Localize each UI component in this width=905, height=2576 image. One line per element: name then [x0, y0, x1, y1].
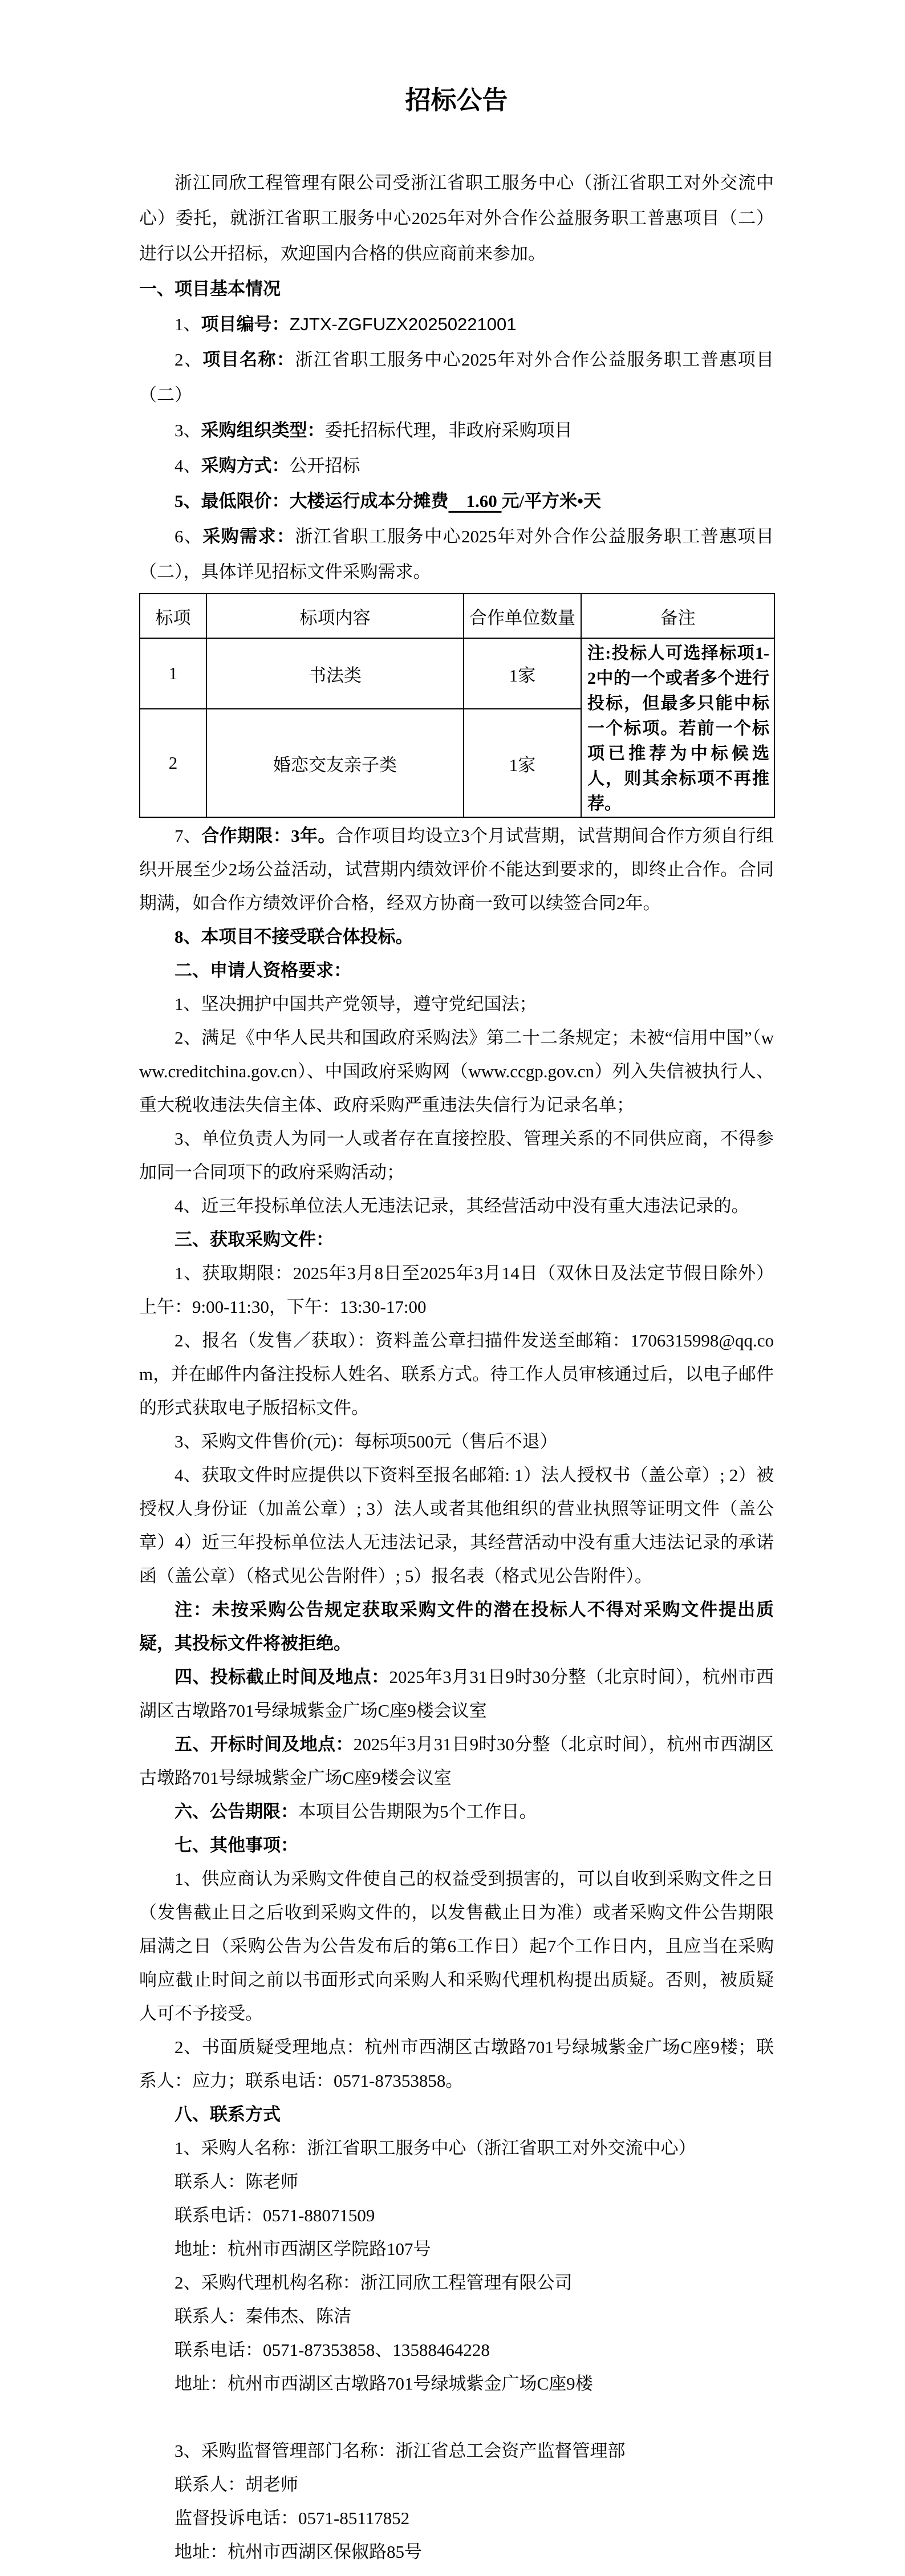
other-2: 2、书面质疑受理地点：杭州市西湖区古墩路701号绿城紫金广场C座9楼；联系人：应…: [139, 2030, 774, 2098]
text-run: 1、: [174, 314, 201, 334]
qualification-1: 1、坚决拥护中国共产党领导，遵守党纪国法；: [139, 987, 774, 1021]
other-1: 1、供应商认为采购文件使自己的权益受到损害的，可以自收到采购文件之日（发售截止日…: [139, 1862, 774, 2030]
obtain-note: 注：未按采购公告规定获取采购文件的潜在投标人不得对采购文件提出质疑，其投标文件将…: [139, 1593, 774, 1660]
text-run: 采购组织类型：: [201, 420, 325, 440]
text-run: 联系电话：0571-88071509: [174, 2205, 375, 2225]
text-run: 本项目公告期限为5个工作日。: [298, 1802, 537, 1822]
agency-contact: 联系人：秦伟杰、陈洁: [139, 2299, 774, 2333]
agency-address: 地址：杭州市西湖区古墩路701号绿城紫金广场C座9楼: [139, 2367, 774, 2400]
supervisor-address: 地址：杭州市西湖区保俶路85号: [139, 2535, 774, 2569]
table-note-cell: 注:投标人可选择标项1-2中的一个或者多个进行投标，但最多只能中标一个标项。若前…: [581, 638, 774, 817]
obtain-materials: 4、获取文件时应提供以下资料至报名邮箱: 1）法人授权书（盖公章）; 2）被授权…: [139, 1458, 774, 1593]
qualification-3: 3、单位负责人为同一人或者存在直接控股、管理关系的不同供应商，不得参加同一合同项…: [139, 1122, 774, 1189]
blank-line: [139, 2400, 774, 2434]
text-run: 5、最低限价：: [174, 491, 290, 511]
item-project-name: 2、项目名称：浙江省职工服务中心2025年对外合作公益服务职工普惠项目（二）: [139, 342, 774, 413]
table-header-cell: 合作单位数量: [464, 594, 581, 638]
text-run: 注：未按采购公告规定获取采购文件的潜在投标人不得对采购文件提出质疑，其投标文件将…: [139, 1600, 774, 1653]
text-run: 地址：杭州市西湖区古墩路701号绿城紫金广场C座9楼: [174, 2374, 593, 2394]
text-run: 委托招标代理，非政府采购项目: [325, 420, 573, 440]
text-run: 3、采购监督管理部门名称：浙江省总工会资产监督管理部: [174, 2441, 626, 2461]
table-cell-partners: 1家: [464, 638, 581, 709]
text-run: 2、采购代理机构名称：浙江同欣工程管理有限公司: [174, 2273, 573, 2293]
text-run: 五、开标时间及地点：: [174, 1734, 354, 1754]
supervisor-phone: 监督投诉电话：0571-85117852: [139, 2501, 774, 2535]
text-run: 浙江同欣工程管理有限公司受浙江省职工服务中心（浙江省职工对外交流中心）委托，就浙…: [139, 173, 774, 263]
text-run: 1、坚决拥护中国共产党领导，遵守党纪国法；: [174, 994, 537, 1014]
document-title: 招标公告: [139, 83, 774, 117]
section-heading-7: 七、其他事项：: [139, 1828, 774, 1862]
qualification-2: 2、满足《中华人民共和国政府采购法》第二十二条规定；未被“信用中国”（www.c…: [139, 1021, 774, 1122]
text-run: 采购需求：: [202, 526, 295, 546]
table-header-cell: 备注: [581, 594, 774, 638]
text-run: 地址：杭州市西湖区学院路107号: [174, 2239, 431, 2259]
text-run: 4、近三年投标单位法人无违法记录，其经营活动中没有重大违法记录的。: [174, 1196, 749, 1216]
table-row: 1书法类1家注:投标人可选择标项1-2中的一个或者多个进行投标，但最多只能中标一…: [140, 638, 774, 709]
text-run: 采购方式：: [201, 456, 290, 476]
table-header-cell: 标项: [140, 594, 206, 638]
text-run: 公开招标: [290, 456, 360, 476]
text-run: 元/平方米•天: [502, 491, 601, 511]
text-run: ZJTX-ZGFUZX20250221001: [290, 314, 517, 334]
text-run: 联系人：胡老师: [174, 2474, 298, 2494]
section-heading-6: 六、公告期限：本项目公告期限为5个工作日。: [139, 1795, 774, 1828]
item-project-number: 1、项目编号：ZJTX-ZGFUZX20250221001: [139, 307, 774, 342]
item-demand: 6、采购需求：浙江省职工服务中心2025年对外合作公益服务职工普惠项目（二），具…: [139, 519, 774, 590]
supervisor-name: 3、采购监督管理部门名称：浙江省总工会资产监督管理部: [139, 2434, 774, 2468]
text-run: 项目名称：: [202, 350, 295, 370]
text-run: 3、单位负责人为同一人或者存在直接控股、管理关系的不同供应商，不得参加同一合同项…: [139, 1129, 774, 1182]
text-run: 2、书面质疑受理地点：杭州市西湖区古墩路701号绿城紫金广场C座9楼；联系人：应…: [139, 2037, 774, 2091]
table-cell-lot: 1: [140, 638, 206, 709]
agency-phone: 联系电话：0571-87353858、13588464228: [139, 2333, 774, 2367]
table-header-row: 标项标项内容合作单位数量备注: [140, 594, 774, 638]
section-heading-3: 三、获取采购文件：: [139, 1223, 774, 1256]
section-heading-8: 八、联系方式: [139, 2098, 774, 2131]
section-heading-1: 一、项目基本情况: [139, 271, 774, 307]
text-run: 8、本项目不接受联合体投标。: [174, 927, 413, 947]
text-run: 七、其他事项：: [174, 1835, 298, 1855]
table-header-cell: 标项内容: [206, 594, 464, 638]
text-run: 4、获取文件时应提供以下资料至报名邮箱: 1）法人授权书（盖公章）; 2）被授权…: [139, 1465, 774, 1586]
text-run: 联系人：秦伟杰、陈洁: [174, 2306, 351, 2326]
table-cell-content: 书法类: [206, 638, 464, 709]
purchaser-address: 地址：杭州市西湖区学院路107号: [139, 2232, 774, 2266]
section-heading-5: 五、开标时间及地点：2025年3月31日9时30分整（北京时间），杭州市西湖区古…: [139, 1727, 774, 1795]
text-run: 1、获取期限：2025年3月8日至2025年3月14日（双休日及法定节假日除外）…: [139, 1263, 774, 1317]
section-heading-2: 二、申请人资格要求：: [139, 954, 774, 987]
text-run: 6、: [174, 526, 202, 546]
table-cell-content: 婚恋交友亲子类: [206, 709, 464, 817]
text-run: 大楼运行成本分摊费: [290, 491, 449, 511]
text-run: 7、: [174, 826, 201, 846]
lots-table: 标项标项内容合作单位数量备注1书法类1家注:投标人可选择标项1-2中的一个或者多…: [139, 593, 775, 818]
text-run: 联系电话：0571-87353858、13588464228: [174, 2340, 490, 2360]
item-coop-term: 7、合作期限：3年。合作项目均设立3个月试营期，试营期间合作方须自行组织开展至少…: [139, 819, 774, 920]
text-run: 2、: [174, 350, 202, 370]
text-run: 合作期限：3年。: [201, 826, 335, 846]
item-no-consortium: 8、本项目不接受联合体投标。: [139, 920, 774, 954]
agency-name: 2、采购代理机构名称：浙江同欣工程管理有限公司: [139, 2266, 774, 2299]
purchaser-name: 1、采购人名称：浙江省职工服务中心（浙江省职工对外交流中心）: [139, 2131, 774, 2165]
purchaser-phone: 联系电话：0571-88071509: [139, 2198, 774, 2232]
text-run: 3、采购文件售价(元)：每标项500元（售后不退）: [174, 1431, 558, 1451]
text-run: 八、联系方式: [174, 2104, 281, 2124]
text-run: 1.60: [449, 491, 502, 511]
text-run: 联系人：陈老师: [174, 2172, 298, 2192]
section-heading-4: 四、投标截止时间及地点：2025年3月31日9时30分整（北京时间），杭州市西湖…: [139, 1660, 774, 1727]
obtain-signup: 2、报名（发售／获取）：资料盖公章扫描件发送至邮箱：1706315998@qq.…: [139, 1324, 774, 1425]
text-run: 4、: [174, 456, 201, 476]
text-run: 2、报名（发售／获取）：资料盖公章扫描件发送至邮箱：1706315998@qq.…: [139, 1330, 774, 1418]
table-cell-lot: 2: [140, 709, 206, 817]
text-run: 1、供应商认为采购文件使自己的权益受到损害的，可以自收到采购文件之日（发售截止日…: [139, 1869, 774, 2023]
item-org-type: 3、采购组织类型：委托招标代理，非政府采购项目: [139, 413, 774, 448]
document-page: 招标公告 浙江同欣工程管理有限公司受浙江省职工服务中心（浙江省职工对外交流中心）…: [0, 0, 905, 2576]
text-run: 四、投标截止时间及地点：: [174, 1667, 389, 1687]
text-run: 1、采购人名称：浙江省职工服务中心（浙江省职工对外交流中心）: [174, 2138, 696, 2158]
text-run: 监督投诉电话：0571-85117852: [174, 2508, 409, 2528]
item-min-price: 5、最低限价：大楼运行成本分摊费 1.60 元/平方米•天: [139, 484, 774, 519]
obtain-price: 3、采购文件售价(元)：每标项500元（售后不退）: [139, 1425, 774, 1458]
text-run: 二、申请人资格要求：: [174, 960, 351, 980]
text-run: 2、满足《中华人民共和国政府采购法》第二十二条规定；未被“信用中国”（www.c…: [139, 1028, 774, 1115]
text-run: 三、获取采购文件：: [174, 1230, 334, 1250]
qualification-4: 4、近三年投标单位法人无违法记录，其经营活动中没有重大违法记录的。: [139, 1189, 774, 1223]
document-body: 浙江同欣工程管理有限公司受浙江省职工服务中心（浙江省职工对外交流中心）委托，就浙…: [139, 165, 774, 2569]
purchaser-contact: 联系人：陈老师: [139, 2165, 774, 2198]
text-run: 项目编号：: [201, 314, 290, 334]
intro-paragraph: 浙江同欣工程管理有限公司受浙江省职工服务中心（浙江省职工对外交流中心）委托，就浙…: [139, 165, 774, 271]
supervisor-contact: 联系人：胡老师: [139, 2468, 774, 2501]
obtain-period: 1、获取期限：2025年3月8日至2025年3月14日（双休日及法定节假日除外）…: [139, 1256, 774, 1324]
text-run: 六、公告期限：: [174, 1802, 298, 1822]
text-run: 地址：杭州市西湖区保俶路85号: [174, 2542, 422, 2562]
table-cell-partners: 1家: [464, 709, 581, 817]
text-run: 一、项目基本情况: [139, 279, 281, 299]
text-run: 3、: [174, 420, 201, 440]
item-method: 4、采购方式：公开招标: [139, 448, 774, 484]
